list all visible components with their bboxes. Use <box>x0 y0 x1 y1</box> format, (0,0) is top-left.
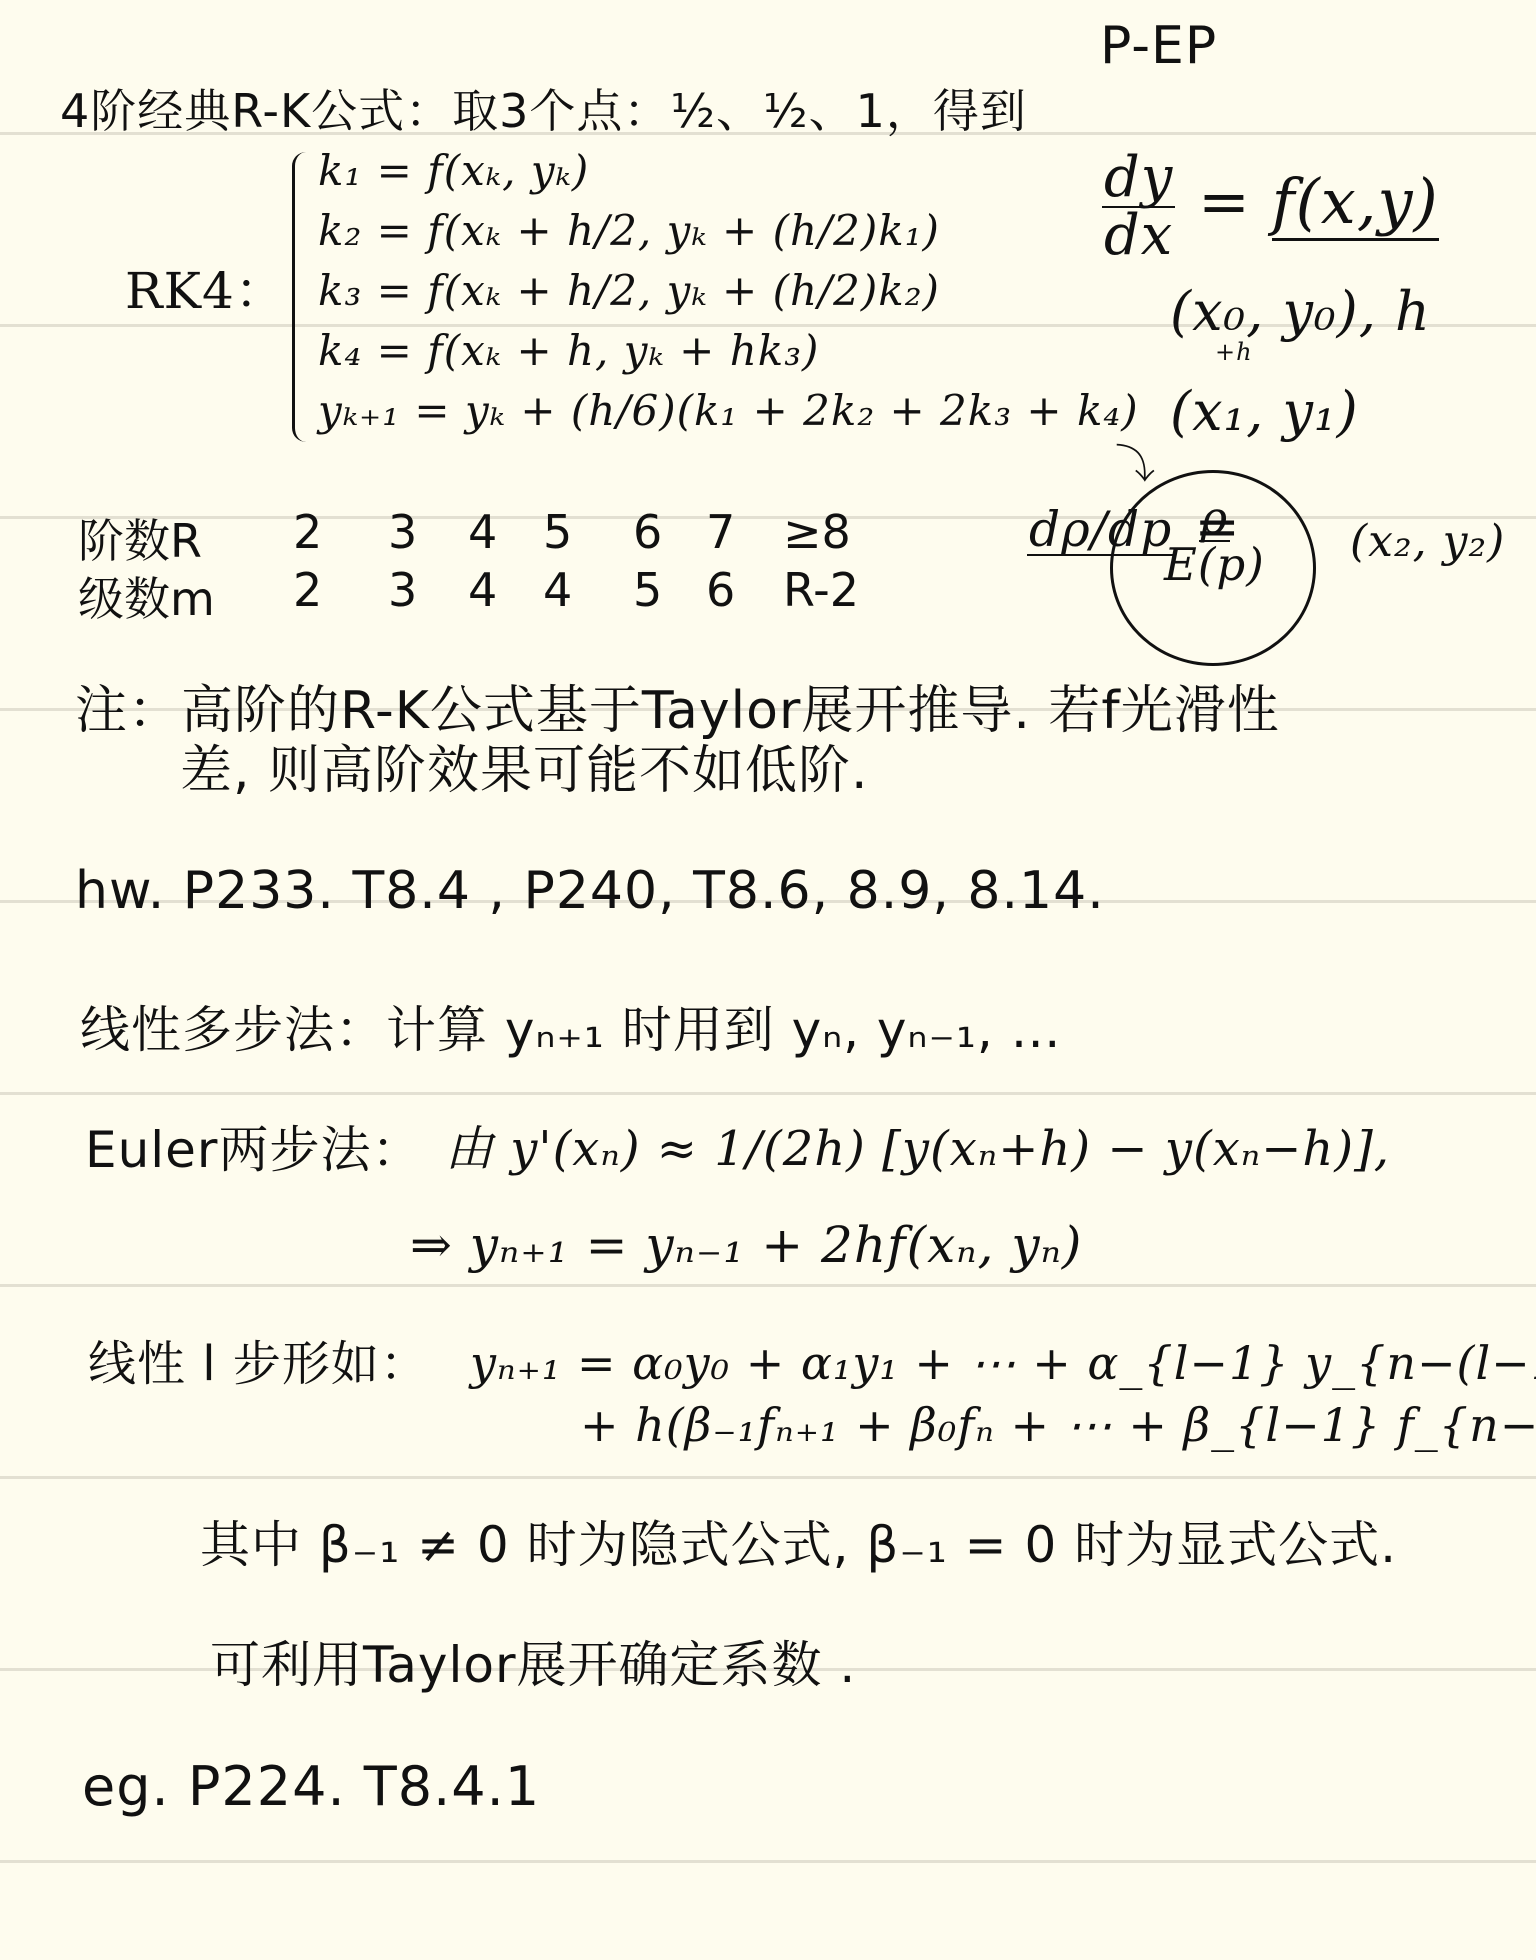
rk4-heading: 4阶经典R-K公式：取3个点：½、½、1，得到 <box>60 88 1027 134</box>
order-cell: 3 <box>388 505 417 559</box>
stages-cell: 5 <box>633 563 662 617</box>
general-line-2: + h(β₋₁fₙ₊₁ + β₀fₙ + ⋯ + β_{l−1} f_{n−(l… <box>580 1402 1536 1448</box>
euler-result: ⇒ yₙ₊₁ = yₙ₋₁ + 2hf(xₙ, yₙ) <box>410 1220 1082 1270</box>
rk4-equation-k2: k₂ = f(xₖ + h/2, yₖ + (h/2)k₁) <box>318 210 940 252</box>
general-label: 线性 l 步形如： <box>88 1340 429 1388</box>
rk4-equation-k1: k₁ = f(xₖ, yₖ) <box>318 150 589 192</box>
example-reference: eg. P224. T8.4.1 <box>82 1760 540 1814</box>
side-dp-fraction: ρE(p) <box>1160 495 1269 587</box>
general-line-1: yₙ₊₁ = α₀y₀ + α₁y₁ + ⋯ + α_{l−1} y_{n−(l… <box>470 1340 1536 1386</box>
homework-line: hw. P233. T8.4 , P240, T8.6, 8.9, 8.14. <box>75 865 1105 917</box>
side-title: P-EP <box>1100 20 1217 72</box>
stages-cell: 3 <box>388 563 417 617</box>
order-cell: 7 <box>706 505 735 559</box>
rk4-equation-k4: k₄ = f(xₖ + h, yₖ + hk₃) <box>318 330 819 372</box>
order-cell: 2 <box>293 505 322 559</box>
rk4-equation-update: yₖ₊₁ = yₖ + (h/6)(k₁ + 2k₂ + 2k₃ + k₄) <box>318 390 1139 432</box>
order-cell: 5 <box>543 505 572 559</box>
order-row-label: 阶数R <box>78 505 202 571</box>
side-point-1: (x₁, y₁) <box>1170 385 1359 439</box>
rk4-brace <box>292 152 315 442</box>
dy-dx-fraction: dydx <box>1102 150 1175 264</box>
stages-cell: 2 <box>293 563 322 617</box>
stages-cell: R-2 <box>783 563 859 617</box>
side-initial-point: (x₀, y₀), h <box>1170 285 1431 339</box>
implicit-explicit-note: 其中 β₋₁ ≠ 0 时为隐式公式, β₋₁ = 0 时为显式公式. <box>200 1520 1397 1570</box>
rk4-label: RK4： <box>125 266 286 316</box>
order-cell: ≥8 <box>783 505 851 559</box>
order-cell: 6 <box>633 505 662 559</box>
stages-row-label: 级数m <box>78 563 215 629</box>
rho-over-e-fraction: ρE(p) <box>1162 495 1267 587</box>
taylor-coefficients-note: 可利用Taylor展开确定系数 . <box>210 1640 856 1690</box>
note-line-2: 差, 则高阶效果可能不如低阶. <box>180 745 869 797</box>
side-step-label: +h <box>1215 340 1253 364</box>
order-cell: 4 <box>468 505 497 559</box>
note-line-1: 注：高阶的R-K公式基于Taylor展开推导. 若f光滑性 <box>75 685 1280 737</box>
stages-cell: 4 <box>543 563 572 617</box>
stages-cell: 4 <box>468 563 497 617</box>
stages-cell: 6 <box>706 563 735 617</box>
side-point-2: (x₂, y₂) <box>1350 520 1505 564</box>
side-ode-rhs: f(x,y) <box>1272 165 1439 241</box>
euler-derivation: 由 y'(xₙ) ≈ 1/(2h) [y(xₙ+h) − y(xₙ−h)], <box>445 1125 1390 1173</box>
multistep-intro: 线性多步法：计算 yₙ₊₁ 时用到 yₙ, yₙ₋₁, … <box>80 1005 1062 1055</box>
rk4-equation-k3: k₃ = f(xₖ + h/2, yₖ + (h/2)k₂) <box>318 270 940 312</box>
side-ode: dydx = f(x,y) <box>1100 150 1439 264</box>
arrow-icon: ⤵ <box>1115 445 1156 485</box>
euler-label: Euler两步法： <box>85 1125 423 1175</box>
